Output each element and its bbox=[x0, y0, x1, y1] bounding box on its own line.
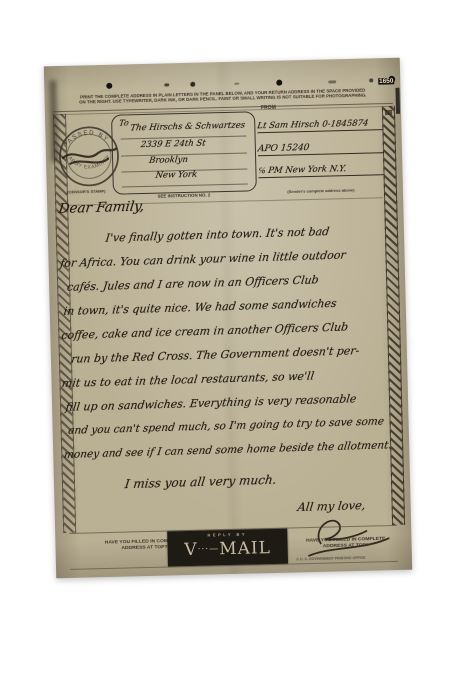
body-line: mit us to eat in the local restaurants, … bbox=[61, 369, 315, 390]
body-line: and you can't spend much, so I'm going t… bbox=[68, 415, 385, 436]
body-line: fill up on sandwiches. Everything is ver… bbox=[65, 392, 357, 414]
vmail-letter-sheet: 1650 PRINT THE COMPLETE ADDRESS IN PLAIN… bbox=[44, 58, 412, 579]
photo-background: 1650 PRINT THE COMPLETE ADDRESS IN PLAIN… bbox=[0, 0, 452, 680]
film-edge-mark bbox=[395, 88, 400, 114]
body-line: I've finally gotten into town. It's not … bbox=[105, 225, 330, 245]
banner-morse-code: ···— bbox=[198, 544, 220, 555]
banner-reply-by: REPLY BY bbox=[197, 532, 257, 537]
footer-right-question: HAVE YOU FILLED IN COMPLETE ADDRESS AT T… bbox=[293, 535, 398, 550]
vmail-banner: REPLY BY V···—MAIL bbox=[167, 529, 288, 567]
banner-mail: MAIL bbox=[219, 538, 271, 559]
body-line: in town, it's quite nice. We had some sa… bbox=[63, 297, 338, 318]
body-line: money and see if I can send some home be… bbox=[63, 439, 392, 461]
banner-vmail-wordmark: V···—MAIL bbox=[167, 540, 287, 560]
body-line: for Africa. You can drink your wine in l… bbox=[59, 248, 346, 270]
letter-body: Dear Family, I've finally gotten into to… bbox=[52, 57, 407, 579]
body-line: coffee, cake and ice cream in another Of… bbox=[61, 320, 349, 342]
closing-line: I miss you all very much. bbox=[124, 473, 277, 492]
banner-v: V bbox=[184, 540, 198, 560]
body-line: cafés. Jules and I are now in an Officer… bbox=[66, 273, 319, 294]
body-line: run by the Red Cross. The Government doe… bbox=[70, 344, 360, 366]
salutation: Dear Family, bbox=[58, 198, 146, 217]
